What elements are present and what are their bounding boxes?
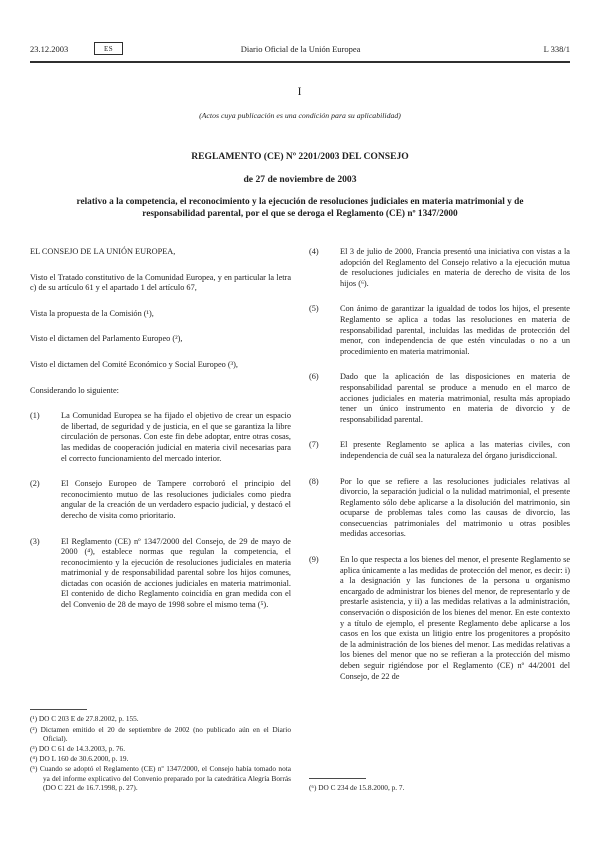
footnote-separator bbox=[309, 778, 366, 779]
footnote-separator bbox=[30, 709, 87, 710]
recital-6: (6) Dado que la aplicación de las dispos… bbox=[309, 372, 570, 425]
recital-text: Por lo que se refiere a las resoluciones… bbox=[340, 477, 570, 541]
left-footnotes: (¹) DO C 203 E de 27.8.2002, p. 155. (²)… bbox=[30, 709, 291, 807]
recital-number: (7) bbox=[309, 440, 340, 461]
regulation-date: de 27 de noviembre de 2003 bbox=[30, 174, 570, 185]
title-block: REGLAMENTO (CE) Nº 2201/2003 DEL CONSEJO… bbox=[30, 151, 570, 220]
page-header: 23.12.2003 ES Diario Oficial de la Unión… bbox=[30, 42, 570, 63]
recital-number: (2) bbox=[30, 479, 61, 521]
recital-1: (1) La Comunidad Europea se ha fijado el… bbox=[30, 411, 291, 464]
header-date: 23.12.2003 bbox=[30, 44, 90, 54]
intro-paragraph: EL CONSEJO DE LA UNIÓN EUROPEA, bbox=[30, 247, 291, 258]
regulation-subtitle: relativo a la competencia, el reconocimi… bbox=[63, 196, 537, 220]
recital-9: (9) En lo que respecta a los bienes del … bbox=[309, 555, 570, 682]
recital-3: (3) El Reglamento (CE) nº 1347/2000 del … bbox=[30, 537, 291, 611]
document-page: 23.12.2003 ES Diario Oficial de la Unión… bbox=[0, 0, 600, 848]
intro-paragraph: Visto el dictamen del Parlamento Europeo… bbox=[30, 334, 291, 345]
footnote: (⁶) DO C 234 de 15.8.2000, p. 7. bbox=[309, 783, 570, 792]
recital-text: El presente Reglamento se aplica a las m… bbox=[340, 440, 570, 461]
recital-7: (7) El presente Reglamento se aplica a l… bbox=[309, 440, 570, 461]
footnote: (⁵) Cuando se adoptó el Reglamento (CE) … bbox=[30, 764, 291, 792]
footnote: (⁴) DO L 160 de 30.6.2000, p. 19. bbox=[30, 754, 291, 763]
body-columns: EL CONSEJO DE LA UNIÓN EUROPEA, Visto el… bbox=[30, 247, 570, 807]
recital-number: (8) bbox=[309, 477, 340, 541]
recital-4: (4) El 3 de julio de 2000, Francia prese… bbox=[309, 247, 570, 289]
left-column: EL CONSEJO DE LA UNIÓN EUROPEA, Visto el… bbox=[30, 247, 291, 807]
regulation-title: REGLAMENTO (CE) Nº 2201/2003 DEL CONSEJO bbox=[30, 151, 570, 162]
page-number: L 338/1 bbox=[524, 44, 570, 54]
footnote: (¹) DO C 203 E de 27.8.2002, p. 155. bbox=[30, 714, 291, 723]
recital-number: (5) bbox=[309, 304, 340, 357]
recital-text: En lo que respecta a los bienes del meno… bbox=[340, 555, 570, 682]
recital-text: Dado que la aplicación de las disposicio… bbox=[340, 372, 570, 425]
recital-number: (6) bbox=[309, 372, 340, 425]
journal-title: Diario Oficial de la Unión Europea bbox=[123, 44, 524, 54]
right-column: (4) El 3 de julio de 2000, Francia prese… bbox=[309, 247, 570, 807]
footnote: (³) DO C 61 de 14.3.2003, p. 76. bbox=[30, 744, 291, 753]
recital-text: El Consejo Europeo de Tampere corroboró … bbox=[61, 479, 291, 521]
intro-paragraph: Vista la propuesta de la Comisión (¹), bbox=[30, 309, 291, 320]
recital-number: (1) bbox=[30, 411, 61, 464]
recital-5: (5) Con ánimo de garantizar la igualdad … bbox=[309, 304, 570, 357]
section-numeral: I bbox=[30, 86, 570, 98]
recital-text: La Comunidad Europea se ha fijado el obj… bbox=[61, 411, 291, 464]
section-note: (Actos cuya publicación es una condición… bbox=[30, 111, 570, 120]
recital-text: Con ánimo de garantizar la igualdad de t… bbox=[340, 304, 570, 357]
recital-8: (8) Por lo que se refiere a las resoluci… bbox=[309, 477, 570, 541]
recital-number: (4) bbox=[309, 247, 340, 289]
intro-paragraph: Visto el dictamen del Comité Económico y… bbox=[30, 360, 291, 371]
recital-number: (9) bbox=[309, 555, 340, 682]
intro-paragraph: Considerando lo siguiente: bbox=[30, 386, 291, 397]
recital-text: El Reglamento (CE) nº 1347/2000 del Cons… bbox=[61, 537, 291, 611]
recital-number: (3) bbox=[30, 537, 61, 611]
language-badge: ES bbox=[94, 42, 123, 55]
intro-paragraph: Visto el Tratado constitutivo de la Comu… bbox=[30, 273, 291, 294]
footnote: (²) Dictamen emitido el 20 de septiembre… bbox=[30, 725, 291, 743]
recital-text: El 3 de julio de 2000, Francia presentó … bbox=[340, 247, 570, 289]
recital-2: (2) El Consejo Europeo de Tampere corrob… bbox=[30, 479, 291, 521]
right-footnotes: (⁶) DO C 234 de 15.8.2000, p. 7. bbox=[309, 778, 570, 807]
